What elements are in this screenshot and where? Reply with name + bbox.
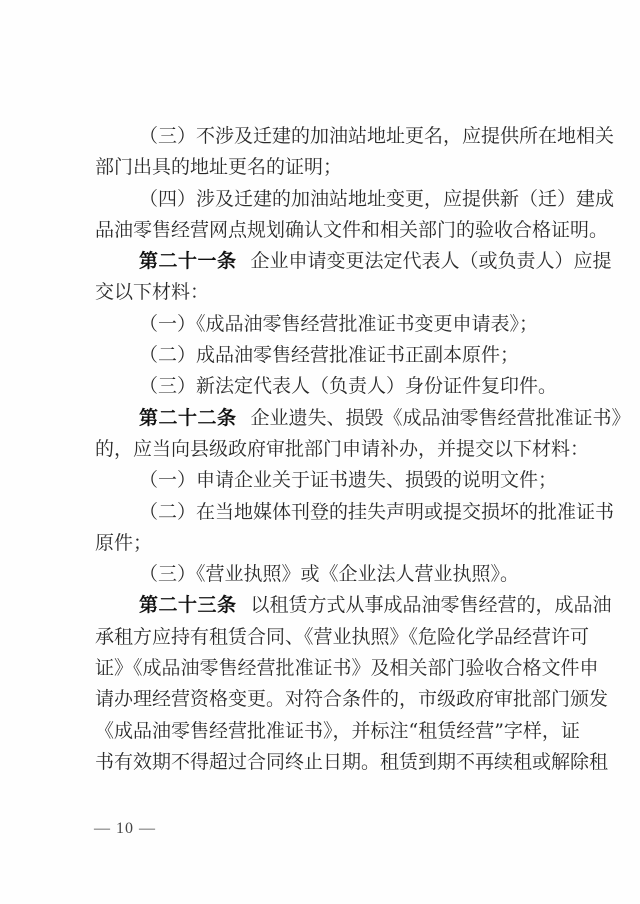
article-21-heading-line: 第二十一条企业申请变更法定代表人（或负责人）应提 (95, 246, 558, 277)
paragraph-line: 请办理经营资格变更。对符合条件的，市级政府审批部门颁发 (95, 684, 558, 715)
article-21-text: 企业申请变更法定代表人（或负责人）应提 (251, 250, 612, 272)
paragraph-line: 交以下材料： (95, 277, 558, 308)
paragraph-line: 的，应当向县级政府审批部门申请补办，并提交以下材料： (95, 434, 558, 465)
paragraph-line: 书有效期不得超过合同终止日期。租赁到期不再续租或解除租 (95, 747, 558, 778)
article-22-item-1: （一）申请企业关于证书遗失、损毁的说明文件； (95, 465, 558, 496)
article-21-item-2: （二）成品油零售经营批准证书正副本原件； (95, 340, 558, 371)
article-22-item-3: （三）《营业执照》或《企业法人营业执照》。 (95, 559, 558, 590)
article-23-number: 第二十三条 (139, 594, 237, 616)
article-22-number: 第二十二条 (139, 407, 237, 429)
article-21-item-1: （一）《成品油零售经营批准证书变更申请表》； (95, 309, 558, 340)
article-21-item-3: （三）新法定代表人（负责人）身份证件复印件。 (95, 371, 558, 402)
article-23-heading-line: 第二十三条以租赁方式从事成品油零售经营的，成品油 (95, 590, 558, 621)
article-23-text: 以租赁方式从事成品油零售经营的，成品油 (251, 594, 612, 616)
article-22-heading-line: 第二十二条企业遗失、损毁《成品油零售经营批准证书》 (95, 403, 558, 434)
paragraph-line: 证》《成品油零售经营批准证书》及相关部门验收合格文件申 (95, 653, 558, 684)
document-body: （三）不涉及迁建的加油站地址更名，应提供所在地相关 部门出具的地址更名的证明； … (95, 121, 558, 778)
article-22-item-2-continued: 原件； (95, 528, 558, 559)
paragraph-line: 部门出具的地址更名的证明； (95, 152, 558, 183)
page-number: — 10 — (94, 820, 156, 838)
paragraph-line: 承租方应持有租赁合同、《营业执照》《危险化学品经营许可 (95, 622, 558, 653)
article-22-text: 企业遗失、损毁《成品油零售经营批准证书》 (251, 407, 631, 429)
paragraph-line: 品油零售经营网点规划确认文件和相关部门的验收合格证明。 (95, 215, 558, 246)
article-22-item-2: （二）在当地媒体刊登的挂失声明或提交损坏的批准证书 (95, 497, 558, 528)
paragraph-line: （四）涉及迁建的加油站地址变更，应提供新（迁）建成 (95, 184, 558, 215)
document-page: （三）不涉及迁建的加油站地址更名，应提供所在地相关 部门出具的地址更名的证明； … (0, 0, 640, 904)
article-21-number: 第二十一条 (139, 250, 237, 272)
paragraph-line: 《成品油零售经营批准证书》，并标注“租赁经营”字样，证 (95, 716, 558, 747)
paragraph-line: （三）不涉及迁建的加油站地址更名，应提供所在地相关 (95, 121, 558, 152)
